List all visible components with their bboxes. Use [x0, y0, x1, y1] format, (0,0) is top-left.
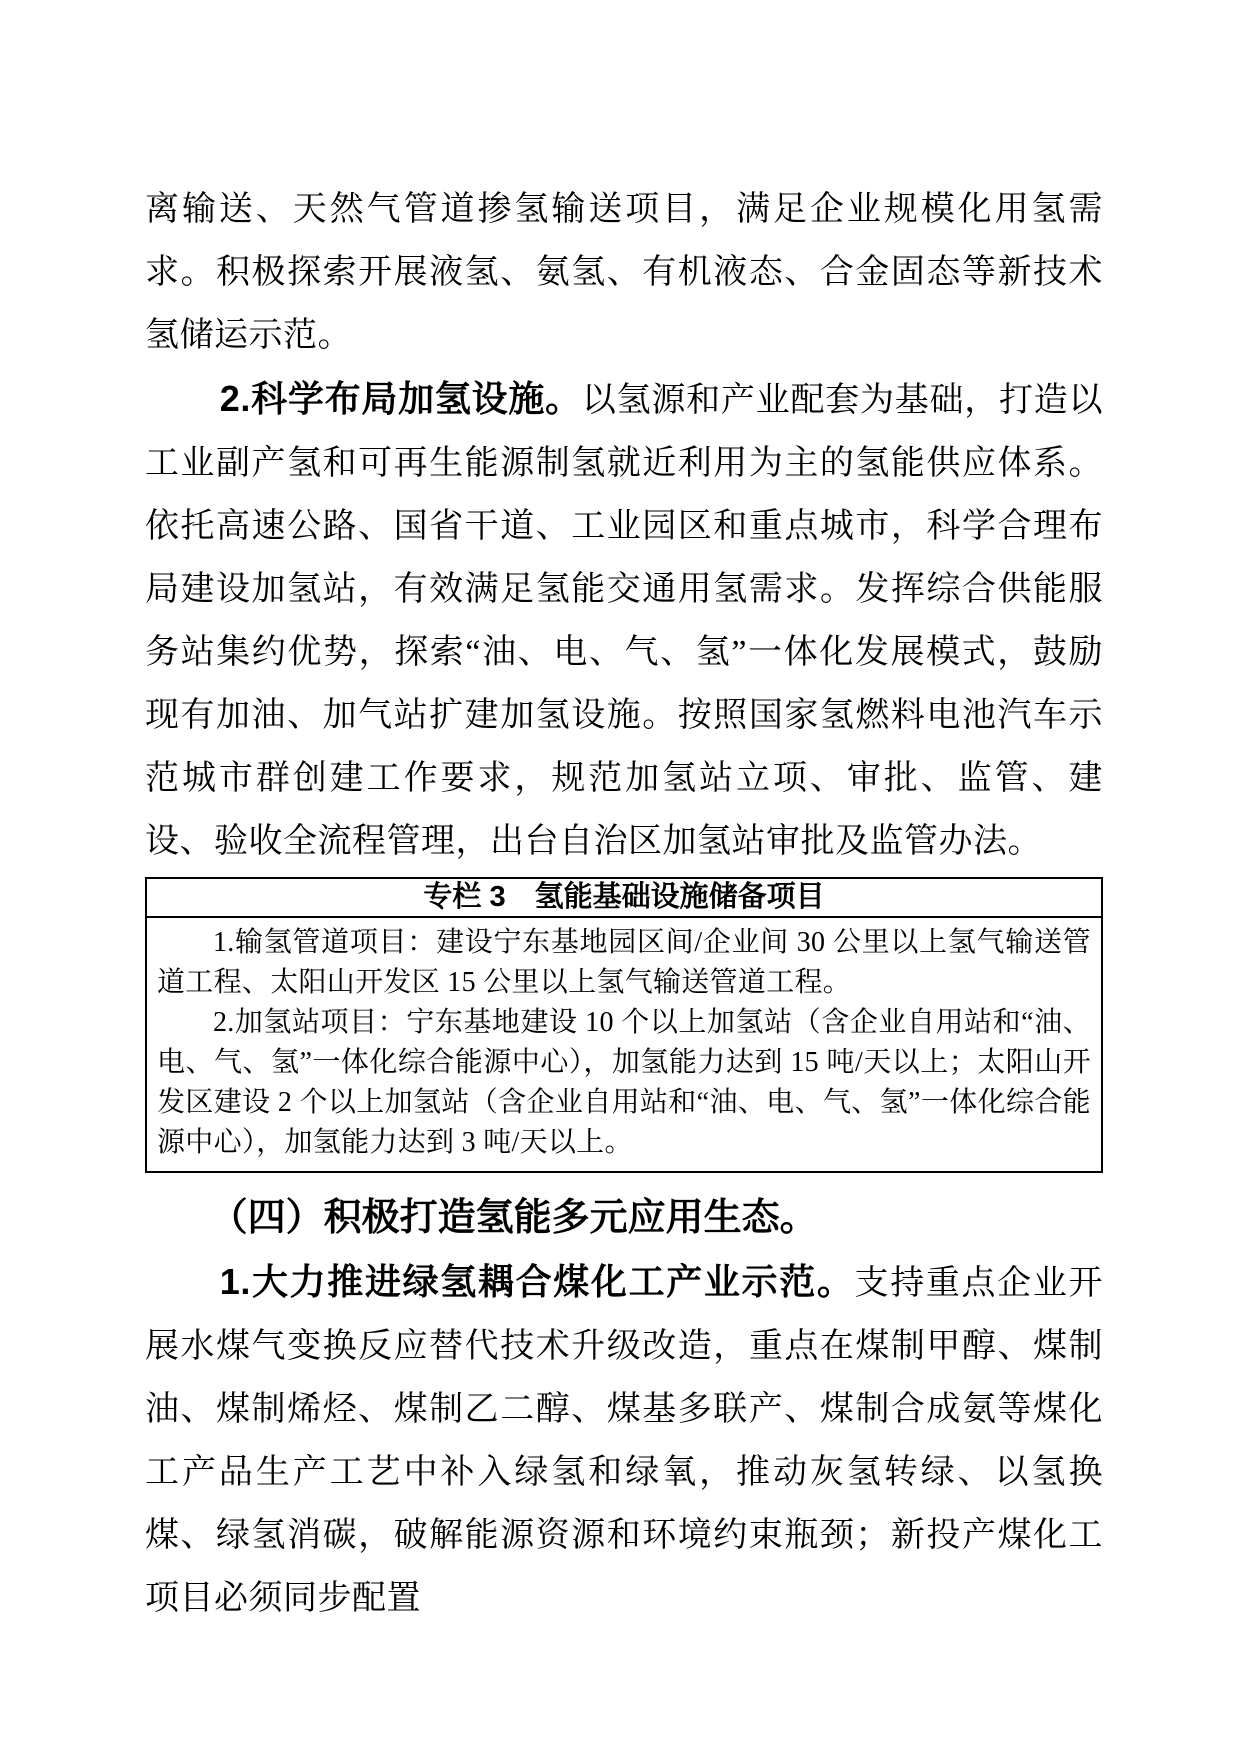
paragraph-bold-lead: 2.科学布局加氢设施。 — [220, 378, 582, 419]
infobox-item-pipeline: 1.输氢管道项目：建设宁东基地园区间/企业间 30 公里以上氢气输送管道工程、太… — [157, 923, 1091, 1003]
page-content: 离输送、天然气管道掺氢输送项目，满足企业规模化用氢需求。积极探索开展液氢、氨氢、… — [145, 178, 1103, 1630]
paragraph-text: 以氢源和产业配套为基础，打造以工业副产氢和可再生能源制氢就近利用为主的氢能供应体… — [145, 382, 1103, 860]
infobox-item-stations: 2.加氢站项目：宁东基地建设 10 个以上加氢站（含企业自用站和“油、电、气、氢… — [157, 1003, 1091, 1163]
infobox-body: 1.输氢管道项目：建设宁东基地园区间/企业间 30 公里以上氢气输送管道工程、太… — [147, 918, 1101, 1171]
paragraph-text: 支持重点企业开展水煤气变换反应替代技术升级改造，重点在煤制甲醇、煤制油、煤制烯烃… — [145, 1265, 1103, 1617]
infobox-hydrogen-infrastructure: 专栏 3 氢能基础设施储备项目 1.输氢管道项目：建设宁东基地园区间/企业间 3… — [145, 877, 1103, 1173]
document-page: 离输送、天然气管道掺氢输送项目，满足企业规模化用氢需求。积极探索开展液氢、氨氢、… — [0, 0, 1240, 1754]
paragraph-coal-chemical: 1.大力推进绿氢耦合煤化工产业示范。支持重点企业开展水煤气变换反应替代技术升级改… — [145, 1250, 1103, 1630]
section-heading-four: （四）积极打造氢能多元应用生态。 — [145, 1187, 1103, 1250]
paragraph-storage-transport: 离输送、天然气管道掺氢输送项目，满足企业规模化用氢需求。积极探索开展液氢、氨氢、… — [145, 178, 1103, 367]
infobox-title: 专栏 3 氢能基础设施储备项目 — [147, 879, 1101, 918]
paragraph-bold-lead: 1.大力推进绿氢耦合煤化工产业示范。 — [220, 1261, 855, 1302]
paragraph-text: 离输送、天然气管道掺氢输送项目，满足企业规模化用氢需求。积极探索开展液氢、氨氢、… — [145, 191, 1103, 354]
paragraph-hydrogen-stations: 2.科学布局加氢设施。以氢源和产业配套为基础，打造以工业副产氢和可再生能源制氢就… — [145, 367, 1103, 873]
